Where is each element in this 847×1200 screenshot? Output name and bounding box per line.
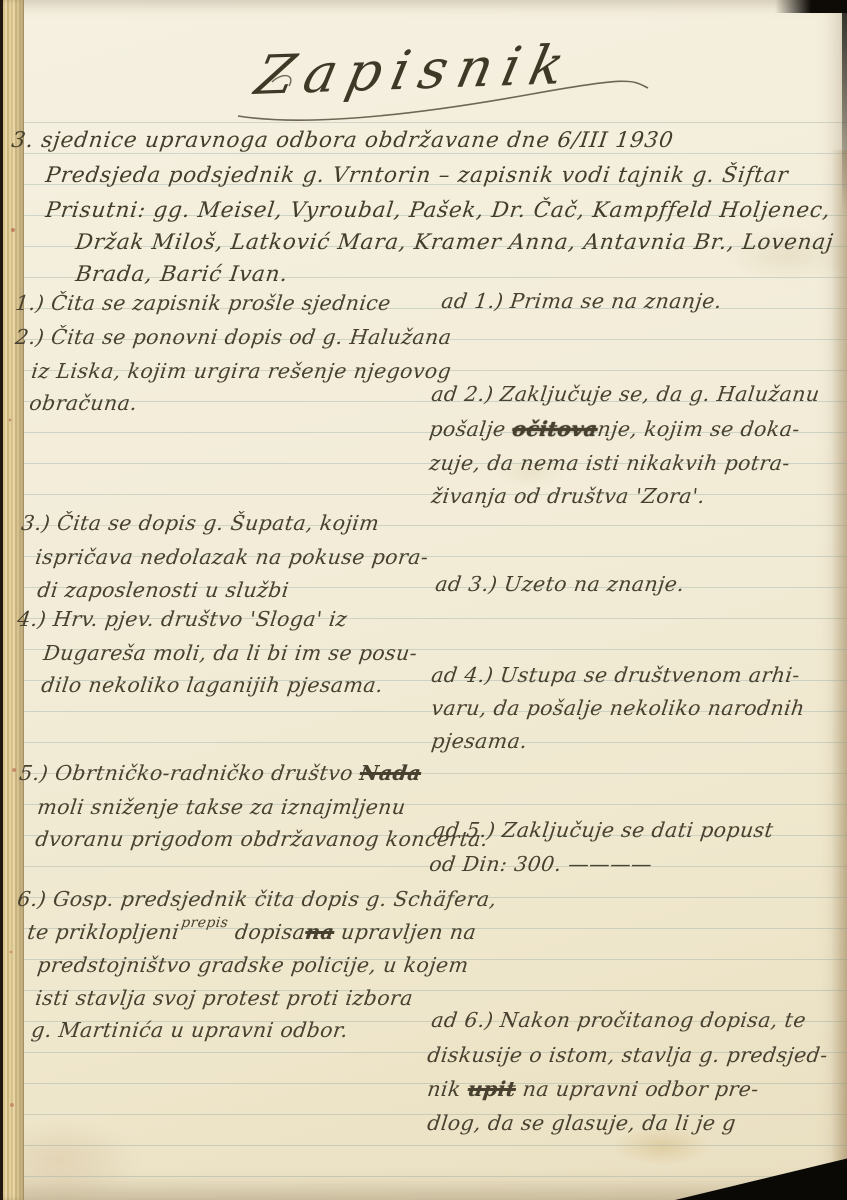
agenda-item-3-line-3: di zaposlenosti u službi xyxy=(36,578,290,603)
header-line-2: Predsjeda podsjednik g. Vrntorin – zapis… xyxy=(44,163,790,189)
dark-corner-top-right xyxy=(775,0,847,13)
agenda-item-3-line-2: ispričava nedolazak na pokuse pora- xyxy=(34,545,430,570)
resolution-ad6-line-1: ad 6.) Nakon pročitanog dopisa, te xyxy=(430,1008,807,1033)
struck-word: na xyxy=(304,920,336,944)
book-binding-edge xyxy=(0,0,24,1200)
struck-word: Nada xyxy=(358,761,422,785)
agenda-item-6-line-3: predstojništvo gradske policije, u kojem xyxy=(36,953,470,978)
agenda-item-2-line-2: iz Liska, kojim urgira rešenje njegovog xyxy=(30,359,453,384)
resolution-ad6-line-2: diskusije o istom, stavlja g. predsjed- xyxy=(426,1043,829,1068)
agenda-item-5-line-1: 5.) Obrtničko-radničko društvo Nada xyxy=(18,761,423,786)
notebook-page: Zapisnik 3. sjednice upravnoga odbora ob… xyxy=(0,0,847,1200)
text-part: na upravni odbor pre- xyxy=(514,1077,760,1101)
agenda-item-5-line-2: moli sniženje takse za iznajmljenu xyxy=(36,795,407,820)
text-part: upravljen na xyxy=(333,920,478,944)
title-flourish-stroke xyxy=(232,70,652,130)
agenda-item-6-line-5: g. Martinića u upravni odbor. xyxy=(30,1018,349,1043)
resolution-ad1-line-1: ad 1.) Prima se na znanje. xyxy=(440,289,723,314)
text-part: pošalje xyxy=(428,417,514,441)
resolution-ad2-line-3: zuje, da nema isti nikakvih potra- xyxy=(428,451,791,476)
resolution-ad2-line-2: pošalje očitovanje, kojim se doka- xyxy=(428,417,801,442)
header-line-5: Brada, Barić Ivan. xyxy=(74,262,290,288)
agenda-item-1-line-1: 1.) Čita se zapisnik prošle sjednice xyxy=(14,291,392,316)
header-line-4: Držak Miloš, Latković Mara, Kramer Anna,… xyxy=(74,230,835,256)
resolution-ad2-line-4: živanja od društva 'Zora'. xyxy=(430,484,706,509)
resolution-ad6-line-4: dlog, da se glasuje, da li je g xyxy=(426,1111,737,1136)
resolution-ad5-line-2: od Din: 300. ———— xyxy=(428,852,654,877)
text-part: 5.) Obrtničko-radničko društvo xyxy=(18,761,361,785)
agenda-item-5-line-3: dvoranu prigodom obdržavanog koncerta. xyxy=(34,827,489,852)
struck-word: upit xyxy=(466,1077,517,1101)
agenda-item-6-line-2: te priklopljeniprepis dopisana upravljen… xyxy=(26,920,478,945)
resolution-ad5-line-1: ad 5.) Zaključuje se dati popust xyxy=(432,818,775,843)
inserted-word-above: prepis xyxy=(180,915,229,932)
resolution-ad6-line-3: nik upit na upravni odbor pre- xyxy=(426,1077,760,1102)
text-part: te priklopljeni xyxy=(26,920,181,944)
overwritten-word: očitova xyxy=(511,417,599,441)
agenda-item-6-line-4: isti stavlja svoj protest proti izbora xyxy=(34,986,414,1011)
resolution-ad4-line-3: pjesama. xyxy=(430,729,529,754)
agenda-item-2-line-3: obračuna. xyxy=(28,391,139,416)
header-line-1: 3. sjednice upravnoga odbora obdržavane … xyxy=(10,128,675,154)
text-part: dopisa xyxy=(227,920,307,944)
agenda-item-4-line-1: 4.) Hrv. pjev. društvo 'Sloga' iz xyxy=(16,607,349,632)
agenda-item-2-line-1: 2.) Čita se ponovni dopis od g. Halužana xyxy=(14,325,453,350)
agenda-item-4-line-2: Dugareša moli, da li bi im se posu- xyxy=(42,641,419,666)
agenda-item-6-line-1: 6.) Gosp. predsjednik čita dopis g. Schä… xyxy=(16,887,498,912)
page-edge-band-right xyxy=(831,150,847,1200)
text-part: nik xyxy=(426,1077,469,1101)
text-part: nje, kojim se doka- xyxy=(596,417,801,441)
agenda-item-3-line-1: 3.) Čita se dopis g. Šupata, kojim xyxy=(20,511,381,536)
header-line-3: Prisutni: gg. Meisel, Vyroubal, Pašek, D… xyxy=(44,198,832,224)
resolution-ad4-line-2: varu, da pošalje nekoliko narodnih xyxy=(430,696,806,721)
resolution-ad2-line-1: ad 2.) Zaključuje se, da g. Halužanu xyxy=(430,382,821,407)
resolution-ad4-line-1: ad 4.) Ustupa se društvenom arhi- xyxy=(430,663,801,688)
agenda-item-4-line-3: dilo nekoliko laganijih pjesama. xyxy=(40,673,384,698)
resolution-ad3-line-1: ad 3.) Uzeto na znanje. xyxy=(434,572,686,597)
